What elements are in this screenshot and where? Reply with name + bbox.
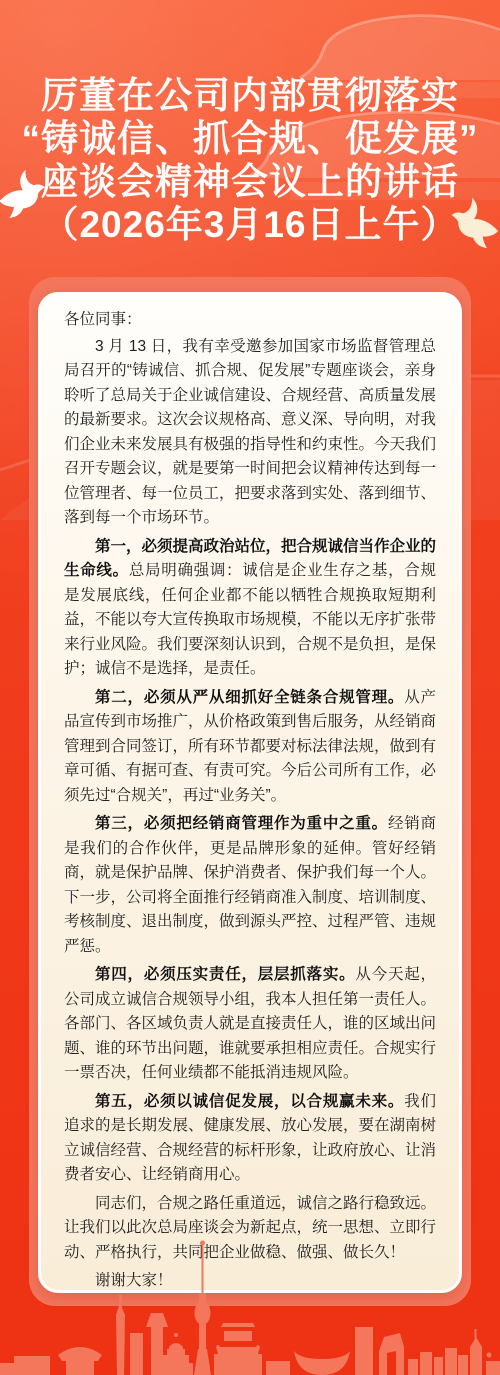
speech-poster: 厉董在公司内部贯彻落实 “铸诚信、抓合规、促发展” 座谈会精神会议上的讲话 （2… bbox=[0, 0, 500, 1375]
speech-text: 各位同事： 3 月 13 日，我有幸受邀参加国家市场监督管理总局召开的“铸诚信、… bbox=[64, 308, 436, 1293]
speech-body: 3 月 13 日，我有幸受邀参加国家市场监督管理总局召开的“铸诚信、抓合规、促发… bbox=[64, 335, 436, 1294]
title-line-1: 厉董在公司内部贯彻落实 bbox=[0, 74, 500, 117]
city-skyline-icon bbox=[0, 1235, 500, 1375]
title-line-4: （2026年3月16日上午） bbox=[0, 203, 500, 246]
salutation: 各位同事： bbox=[64, 308, 436, 333]
title-line-2: “铸诚信、抓合规、促发展” bbox=[0, 117, 500, 160]
speech-paragraph: 第一，必须提高政治站位，把合规诚信当作企业的生命线。总局明确强调：诚信是企业生存… bbox=[64, 535, 436, 682]
speech-paragraph: 第四，必须压实责任，层层抓落实。从今天起，公司成立诚信合规领导小组，我本人担任第… bbox=[64, 963, 436, 1086]
speech-paragraph: 第二，必须从严从细抓好全链条合规管理。从产品宣传到市场推广，从价格政策到售后服务… bbox=[64, 686, 436, 809]
speech-card: 各位同事： 3 月 13 日，我有幸受邀参加国家市场监督管理总局召开的“铸诚信、… bbox=[38, 292, 462, 1293]
poster-title: 厉董在公司内部贯彻落实 “铸诚信、抓合规、促发展” 座谈会精神会议上的讲话 （2… bbox=[0, 74, 500, 246]
dove-icon bbox=[0, 165, 51, 223]
dove-icon bbox=[445, 192, 500, 254]
title-line-3: 座谈会精神会议上的讲话 bbox=[0, 160, 500, 203]
speech-paragraph: 第三，必须把经销商管理作为重中之重。经销商是我们的合作伙伴，更是品牌形象的延伸。… bbox=[64, 812, 436, 959]
speech-paragraph: 第五，必须以诚信促发展，以合规赢未来。我们追求的是长期发展、健康发展、放心发展，… bbox=[64, 1090, 436, 1188]
speech-paragraph: 3 月 13 日，我有幸受邀参加国家市场监督管理总局召开的“铸诚信、抓合规、促发… bbox=[64, 335, 436, 531]
